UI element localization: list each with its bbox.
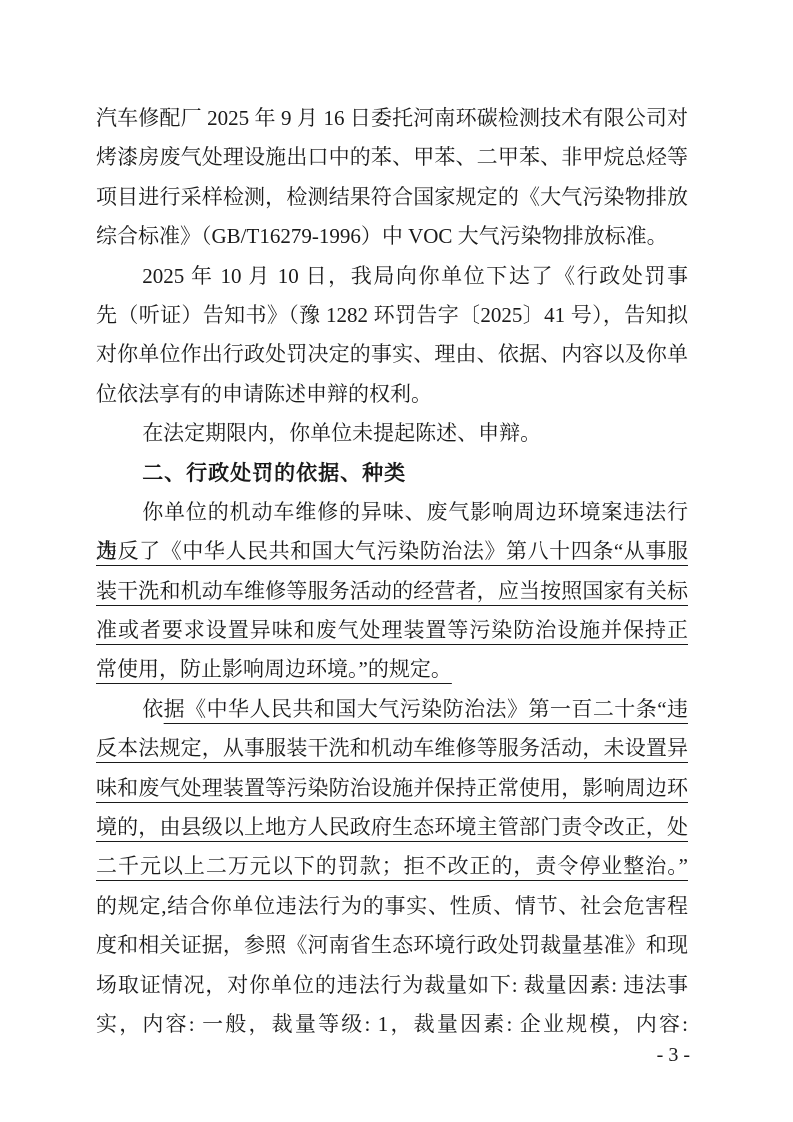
document-body: 汽车修配厂 2025 年 9 月 16 日委托河南环碳检测技术有限公司对烤漆房废… — [96, 99, 688, 1044]
text-line-10: 二、行政处罚的依据、种类 — [96, 454, 688, 493]
plain-text: 2025 年 10 月 10 日，我局向你单位下达了《行政处罚事 — [142, 264, 688, 288]
plain-text: 对你单位作出行政处罚决定的事实、理由、依据、内容以及你单 — [96, 342, 688, 366]
underlined-text: 违反了《中华人民共和国大气污染防治法》第八十四条“从事服 — [96, 539, 688, 563]
text-line-20: 二千元以上二万元以下的罚款；拒不改正的，责令停业整治。” — [96, 847, 688, 886]
underlined-text: 味和废气处理装置等污染防治设施并保持正常使用，影响周边环 — [96, 776, 688, 800]
text-line-22: 度和相关证据，参照《河南省生态环境行政处罚裁量基准》和现 — [96, 926, 688, 965]
text-line-18: 味和废气处理装置等污染防治设施并保持正常使用，影响周边环 — [96, 769, 688, 808]
text-line-17: 反本法规定，从事服装干洗和机动车维修等服务活动，未设置异 — [96, 729, 688, 768]
text-line-4: 综合标准》（GB/T16279-1996）中 VOC 大气污染物排放标准。 — [96, 217, 688, 256]
underlined-text: 装干洗和机动车维修等服务活动的经营者，应当按照国家有关标 — [96, 579, 688, 603]
plain-text: 在法定期限内，你单位未提起陈述、申辩。 — [142, 421, 541, 445]
underlined-text: 二千元以上二万元以下的罚款；拒不改正的，责令停业整治。” — [96, 854, 688, 878]
plain-text: 汽车修配厂 2025 年 9 月 16 日委托河南环碳检测技术有限公司对 — [96, 106, 688, 130]
page-number: - 3 - — [657, 1040, 690, 1070]
text-line-15: 常使用，防止影响周边环境。”的规定。 — [96, 650, 688, 689]
plain-text: 二、行政处罚的依据、种类 — [142, 462, 406, 485]
underlined-text: 准或者要求设置异味和废气处理装置等污染防治设施并保持正 — [96, 618, 688, 642]
text-line-24: 实，内容: 一般，裁量等级: 1，裁量因素: 企业规模，内容: — [96, 1005, 688, 1044]
text-line-7: 对你单位作出行政处罚决定的事实、理由、依据、内容以及你单 — [96, 335, 688, 374]
plain-text: 烤漆房废气处理设施出口中的苯、甲苯、二甲苯、非甲烷总烃等 — [96, 145, 688, 169]
text-line-14: 准或者要求设置异味和废气处理装置等污染防治设施并保持正 — [96, 611, 688, 650]
plain-text: 依 — [142, 697, 163, 721]
text-line-11: 你单位的机动车维修的异味、废气影响周边环境案违法行为 — [96, 493, 688, 532]
plain-text: 位依法享有的申请陈述申辩的权利。 — [96, 382, 432, 406]
plain-text: 先（听证）告知书》（豫 1282 环罚告字〔2025〕41 号），告知拟 — [96, 303, 688, 327]
text-line-23: 场取证情况，对你单位的违法行为裁量如下: 裁量因素: 违法事 — [96, 966, 688, 1005]
text-line-16: 依据《中华人民共和国大气污染防治法》第一百二十条“违 — [96, 690, 688, 729]
text-line-12: 违反了《中华人民共和国大气污染防治法》第八十四条“从事服 — [96, 532, 688, 571]
underlined-text: 反本法规定，从事服装干洗和机动车维修等服务活动，未设置异 — [96, 736, 688, 760]
plain-text: 的规定,结合你单位违法行为的事实、性质、情节、社会危害程 — [96, 894, 688, 918]
text-line-21: 的规定,结合你单位违法行为的事实、性质、情节、社会危害程 — [96, 887, 688, 926]
plain-text: 实，内容: 一般，裁量等级: 1，裁量因素: 企业规模，内容: — [96, 1012, 688, 1036]
text-line-6: 先（听证）告知书》（豫 1282 环罚告字〔2025〕41 号），告知拟 — [96, 296, 688, 335]
underlined-text: 境的，由县级以上地方人民政府生态环境主管部门责令改正，处 — [96, 815, 688, 839]
plain-text: 综合标准》（GB/T16279-1996）中 VOC 大气污染物排放标准。 — [96, 224, 668, 248]
text-line-9: 在法定期限内，你单位未提起陈述、申辩。 — [96, 414, 688, 453]
plain-text: 度和相关证据，参照《河南省生态环境行政处罚裁量基准》和现 — [96, 933, 688, 957]
text-line-13: 装干洗和机动车维修等服务活动的经营者，应当按照国家有关标 — [96, 572, 688, 611]
text-line-5: 2025 年 10 月 10 日，我局向你单位下达了《行政处罚事 — [96, 257, 688, 296]
text-line-3: 项目进行采样检测，检测结果符合国家规定的《大气污染物排放 — [96, 178, 688, 217]
document-page: 汽车修配厂 2025 年 9 月 16 日委托河南环碳检测技术有限公司对烤漆房废… — [0, 0, 793, 1122]
underlined-text: 据《中华人民共和国大气污染防治法》第一百二十条“违 — [164, 697, 688, 721]
text-line-1: 汽车修配厂 2025 年 9 月 16 日委托河南环碳检测技术有限公司对 — [96, 99, 688, 138]
plain-text: 项目进行采样检测，检测结果符合国家规定的《大气污染物排放 — [96, 185, 688, 209]
plain-text: 场取证情况，对你单位的违法行为裁量如下: 裁量因素: 违法事 — [96, 973, 688, 997]
text-line-19: 境的，由县级以上地方人民政府生态环境主管部门责令改正，处 — [96, 808, 688, 847]
underlined-text: 常使用，防止影响周边环境。”的规定。 — [96, 657, 452, 681]
text-line-8: 位依法享有的申请陈述申辩的权利。 — [96, 375, 688, 414]
text-line-2: 烤漆房废气处理设施出口中的苯、甲苯、二甲苯、非甲烷总烃等 — [96, 138, 688, 177]
